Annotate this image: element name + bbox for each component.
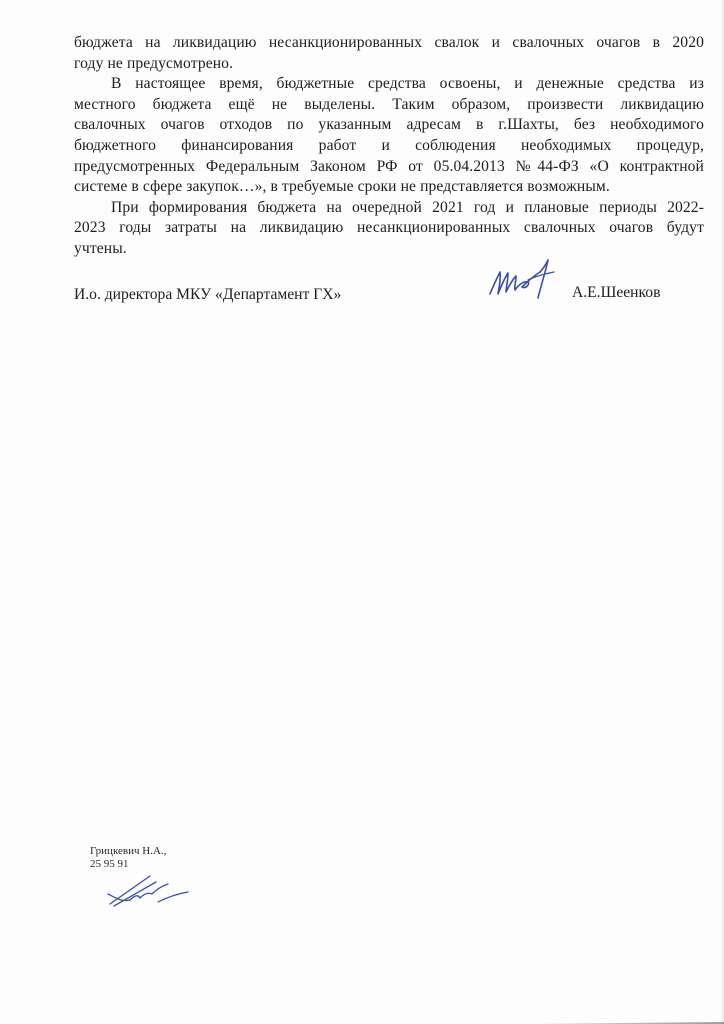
text-line: При формирования бюджета на очередной 20… [74,198,704,219]
handwritten-signature-icon [484,254,574,304]
text-line: году не предусмотрено. [74,54,704,75]
text-line: 2023 годы затраты на ликвидацию несанкци… [74,218,704,239]
executor-info: Грицкевич Н.А., 25 95 91 [90,845,166,871]
executor-initials-icon [100,872,195,912]
document-body: бюджета на ликвидацию несанкционированны… [74,33,704,260]
text-line: учтены. [74,239,704,260]
paragraph-1: бюджета на ликвидацию несанкционированны… [74,33,704,74]
text-line: свалочных очагов отходов по указанным ад… [74,115,704,136]
text-line: бюджета на ликвидацию несанкционированны… [74,33,704,54]
text-line: местного бюджета ещё не выделены. Таким … [74,95,704,116]
signatory-name: А.Е.Шеенков [572,284,660,302]
document-page: бюджета на ликвидацию несанкционированны… [0,0,724,1024]
executor-name: Грицкевич Н.А., [90,845,166,858]
text-line: предусмотренных Федеральным Законом РФ о… [74,157,704,178]
signatory-title: И.о. директора МКУ «Департамент ГХ» [74,286,341,304]
paragraph-3: При формирования бюджета на очередной 20… [74,198,704,260]
text-line: системе в сфере закупок…», в требуемые с… [74,177,704,198]
executor-phone: 25 95 91 [90,858,166,871]
text-line: бюджетного финансирования работ и соблюд… [74,136,704,157]
signature-block: И.о. директора МКУ «Департамент ГХ» А.Е.… [74,284,704,314]
paragraph-2: В настоящее время, бюджетные средства ос… [74,74,704,198]
text-line: В настоящее время, бюджетные средства ос… [74,74,704,95]
